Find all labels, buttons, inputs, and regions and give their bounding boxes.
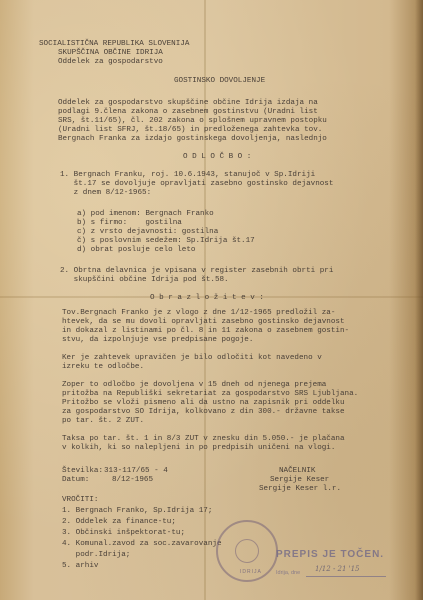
reasoning-line: in dokazal z listinami po čl. 8 in 11 za… (62, 327, 349, 335)
reasoning-line: izreku te odločbe. (62, 363, 144, 371)
intro-line: podlagi 9.člena zakona o zasebnem gostin… (58, 108, 318, 116)
reference-date-label: Datum: (62, 476, 89, 484)
tax-line: Taksa po tar. št. 1 in 8/3 ZUT v znesku … (62, 435, 345, 443)
certification-place: Idrija, dne (276, 569, 300, 577)
intro-line: SRS, št.11/65), čl. 202 zakona o splošne… (58, 117, 327, 125)
appeal-line: za gospodarstvo SO Idrija, kolkovano z d… (62, 408, 345, 416)
appeal-line: po tar. št. 2 ZUT. (62, 417, 144, 425)
appeal-line: pritožba na Republiški sekretariat za go… (62, 390, 358, 398)
subitem: d) obrat posluje celo leto (77, 246, 195, 254)
reasoning-line: Tov.Bergnach Franko je z vlogo z dne 1/1… (62, 309, 335, 317)
appeal-line: Zoper to odločbo je dovoljena v 15 dneh … (62, 381, 326, 389)
delivery-item: 2. Oddelek za finance-tu; (62, 518, 176, 526)
delivery-item: 1. Bergnach Franko, Sp.Idrija 17; (62, 507, 212, 515)
signature-name: Sergije Keser (270, 476, 329, 484)
header-department: Oddelek za gospodarstvo (58, 58, 163, 66)
seal-place: IDRIJA (240, 568, 262, 576)
certification-rule (306, 576, 386, 577)
decision-item-1: 1. Bergnach Franku, roj. 10.6.1943, stan… (60, 171, 315, 179)
reasoning-line: Ker je zahtevek upravičen je bilo odloči… (62, 354, 322, 362)
delivery-item: podr.Idrija; (62, 551, 130, 559)
reference-number-label: Številka: (62, 467, 103, 475)
delivery-item: 4. Komunal.zavod za soc.zavarovanje (62, 540, 222, 548)
reference-date-value: 8/12-1965 (112, 476, 153, 484)
appeal-line: Pritožbo se vloži pismeno ali da ustno n… (62, 399, 345, 407)
intro-line: Bergnach Franka za izdajo gostinskega do… (58, 135, 327, 143)
decision-item-1: z dnem 8/12-1965: (60, 189, 151, 197)
seal-emblem-icon (235, 539, 259, 563)
decision-item-2: 2. Obrtna delavnica je vpisana v registe… (60, 267, 333, 275)
document-page: SOCIALISTIČNA REPUBLIKA SLOVENIJA SKUPŠČ… (0, 0, 423, 600)
delivery-item: 3. Občinski inšpektorat-tu; (62, 529, 185, 537)
document-title: GOSTINSKO DOVOLJENJE (174, 77, 265, 85)
decision-item-1: št.17 se dovoljuje opravljati zasebno go… (60, 180, 333, 188)
delivery-heading: VROČITI: (62, 496, 98, 504)
subitem: c) z vrsto dejavnosti: gostilna (77, 228, 218, 236)
tax-line: v kolkih, ki so nalepljeni in po predpis… (62, 444, 335, 452)
handwritten-date: 1/12 - 21 '15 (315, 565, 360, 573)
subitem: č) s poslovnim sedežem: Sp.Idrija št.17 (77, 237, 255, 245)
page-edge-shadow (415, 0, 423, 600)
reference-number-value: 313-117/65 - 4 (104, 467, 168, 475)
decision-heading: O D L O Č B O : (183, 153, 251, 161)
signature-name-lr: Sergije Keser l.r. (259, 485, 341, 493)
certification-stamp: PREPIS JE TOČEN. (276, 551, 384, 559)
subitem: b) s firmo: gostilna (77, 219, 182, 227)
reasoning-line: htevek, da se mu dovoli opravljati zaseb… (62, 318, 345, 326)
delivery-item: 5. arhiv (62, 562, 98, 570)
header-assembly: SKUPŠČINA OBČINE IDRIJA (58, 49, 163, 57)
intro-line: (Uradni list SFRJ, št.18/65) in predlože… (58, 126, 322, 134)
reasoning-line: stvu, da izpolnjuje vse predpisane pogoj… (62, 336, 253, 344)
decision-item-2: skupščini občine Idrija pod št.58. (60, 276, 229, 284)
reasoning-heading: O b r a z l o ž i t e v : (150, 294, 264, 302)
signature-title: NAČELNIK (279, 467, 315, 475)
subitem: a) pod imenom: Bergnach Franko (77, 210, 214, 218)
header-republic: SOCIALISTIČNA REPUBLIKA SLOVENIJA (39, 40, 189, 48)
intro-line: Oddelek za gospodarstvo skupščine občine… (58, 99, 318, 107)
